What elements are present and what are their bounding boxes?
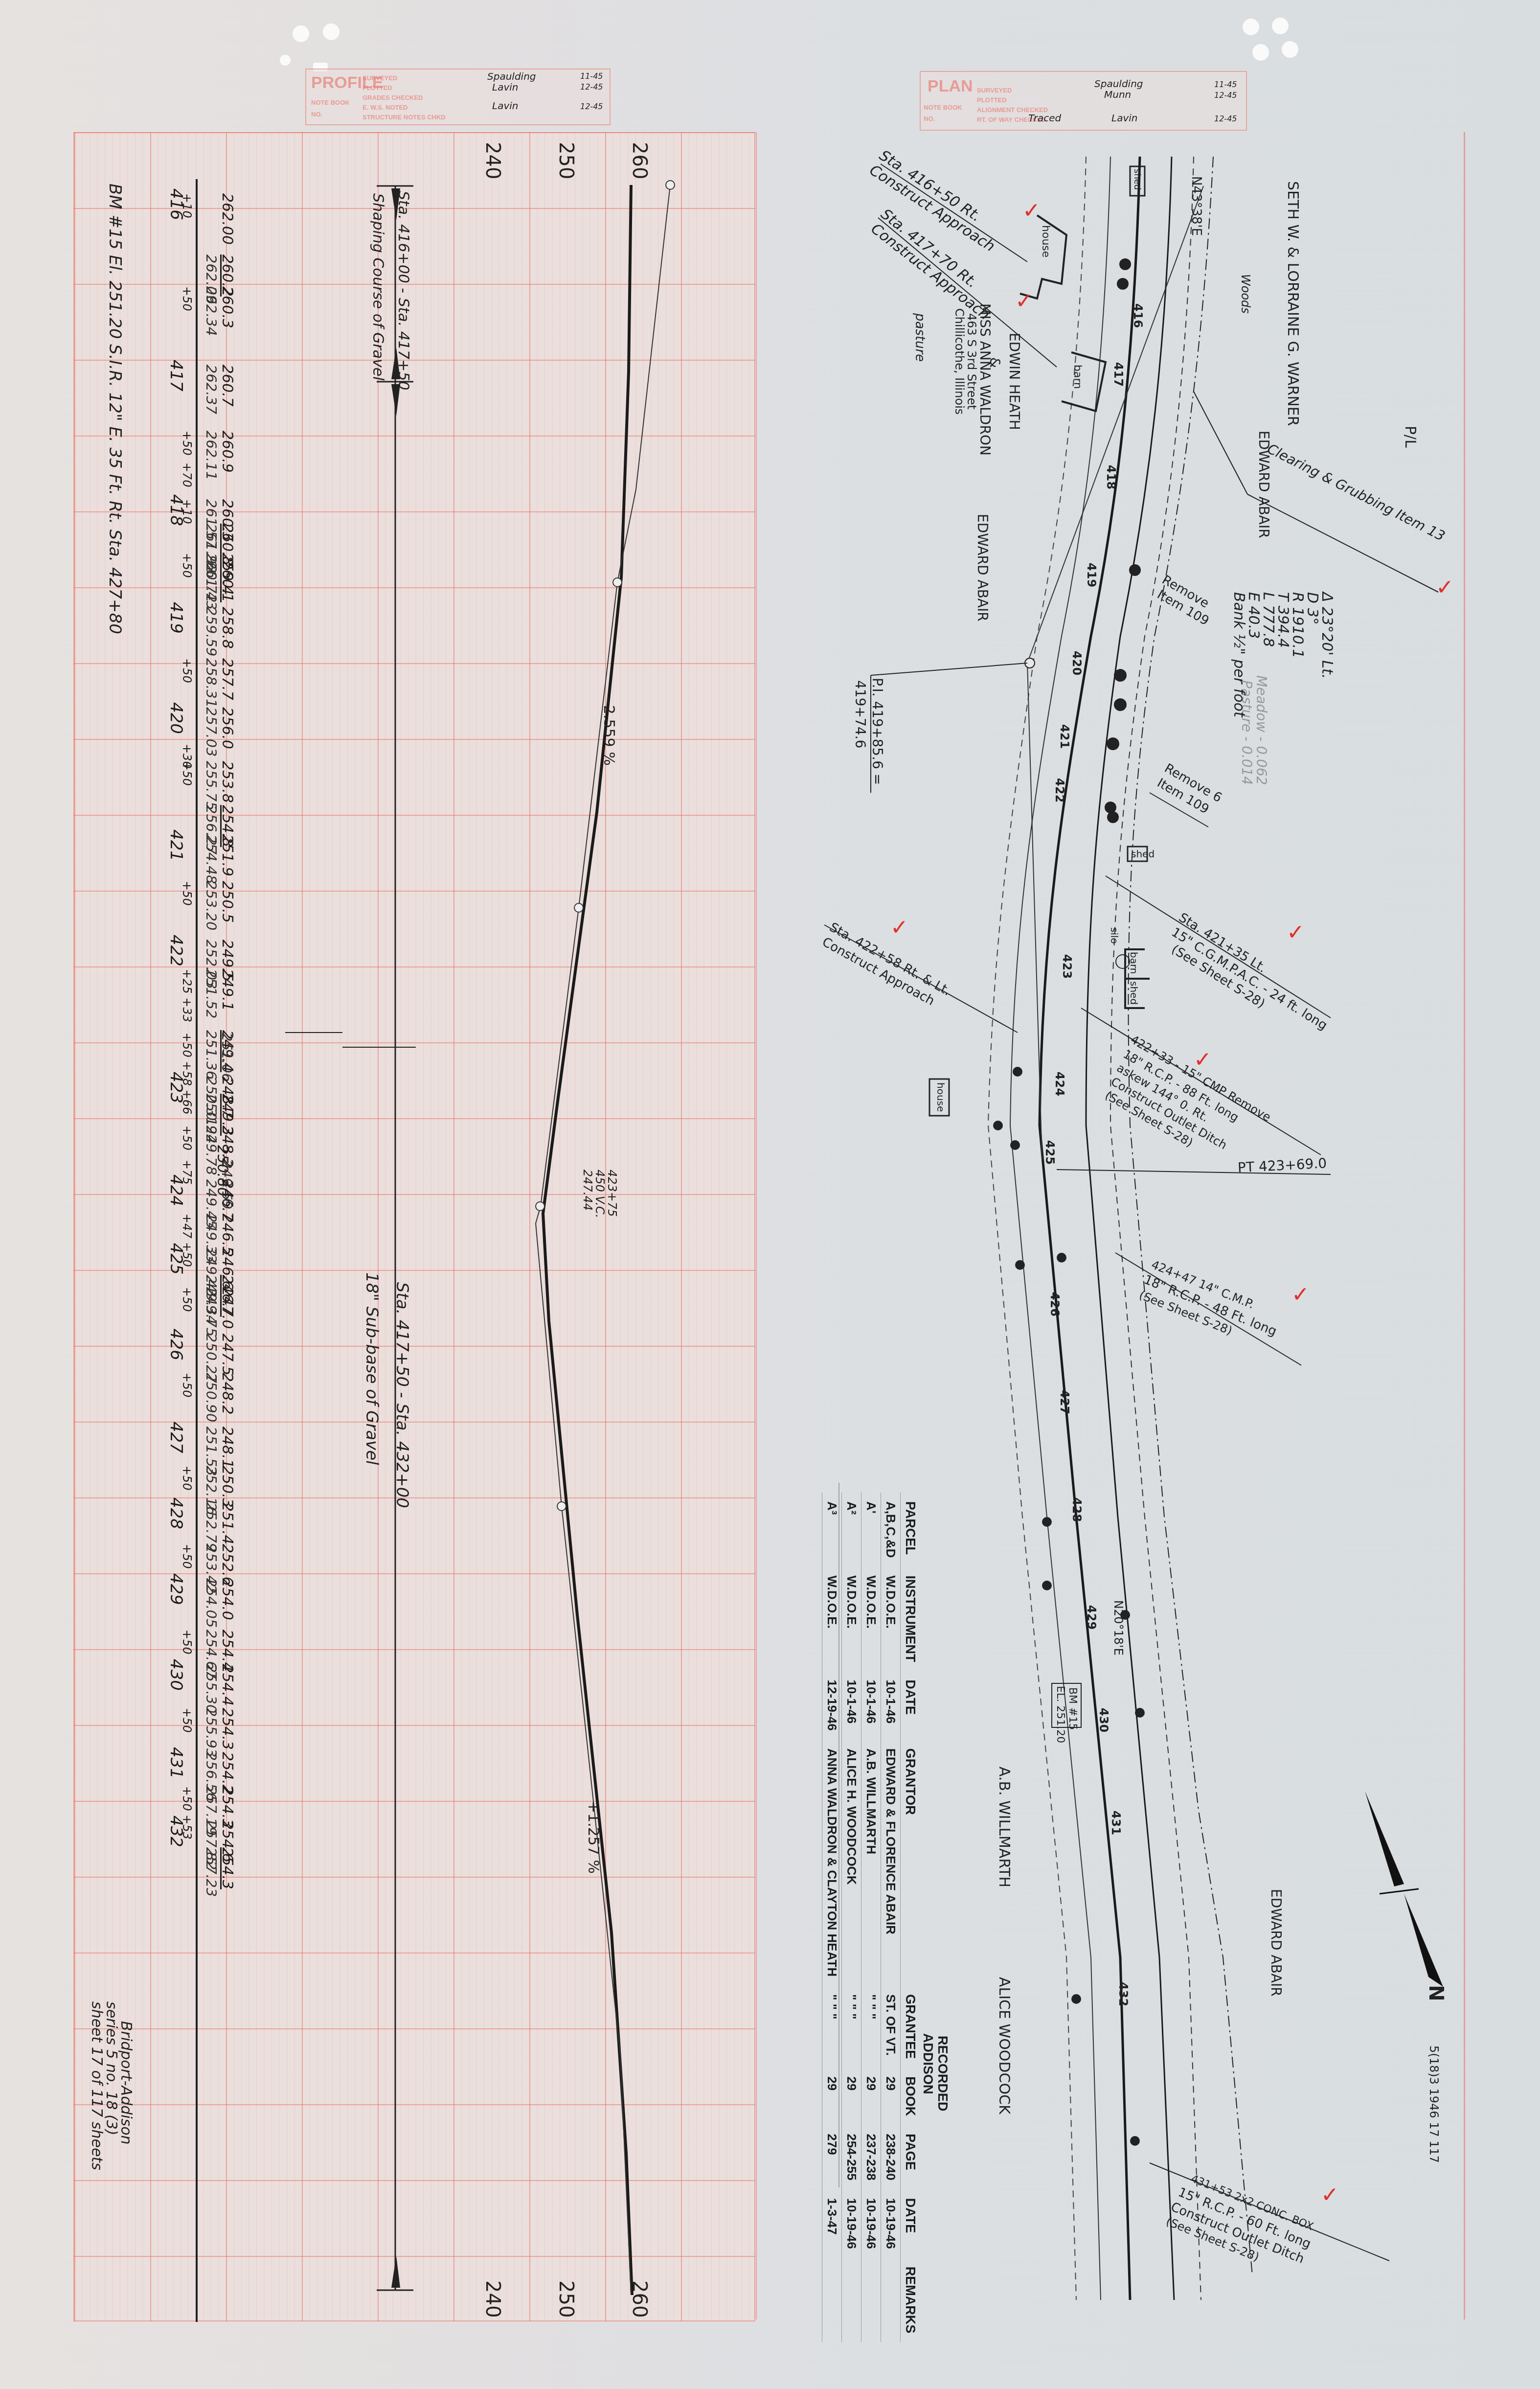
plan-station-label: 417 bbox=[1111, 362, 1125, 387]
sheet-stamp: 5(18)3 1946 17 117 bbox=[1427, 2045, 1441, 2163]
parcel-cell-parcel: A² bbox=[842, 1493, 861, 1567]
parcel-cell-parcel: A³ bbox=[822, 1493, 842, 1567]
red-check-mark: ✓ bbox=[1287, 920, 1305, 945]
curve-l: L 777.8 bbox=[1260, 592, 1277, 647]
parcel-cell-date: 10-1-46 bbox=[881, 1671, 901, 1740]
north-label: N bbox=[1425, 1985, 1447, 2001]
plan-station-label: 421 bbox=[1058, 724, 1071, 749]
parcel-row: A'W.D.O.E.10-1-46A.B. WILLMARTH" " "2923… bbox=[861, 1493, 881, 2342]
plan-station-label: 426 bbox=[1048, 1292, 1062, 1316]
parcel-table-header: PARCEL INSTRUMENT DATE GRANTOR GRANTEE B… bbox=[901, 1493, 920, 2342]
red-check-mark: ✓ bbox=[1194, 1047, 1212, 1072]
parcel-cell-remarks bbox=[881, 2258, 901, 2343]
owner-waldron-addr2: Chillicothe, Illinois bbox=[952, 308, 966, 414]
structure-label-house: house bbox=[935, 1082, 947, 1112]
owner-abair-bottom: EDWARD ABAIR bbox=[1268, 1889, 1284, 1997]
plan-station-label: 420 bbox=[1070, 651, 1084, 675]
structure-label-barn: barn bbox=[1128, 952, 1140, 974]
col-rec-date: DATE bbox=[901, 2189, 920, 2258]
owner-woodcock: ALICE WOODCOCK bbox=[996, 1977, 1013, 2114]
parcel-cell-parcel: A,B,C,&D bbox=[881, 1493, 901, 1567]
plan-station-label: 427 bbox=[1058, 1390, 1071, 1414]
parcel-cell-book: 29 bbox=[861, 2067, 881, 2125]
plan-station-label: 423 bbox=[1060, 954, 1074, 979]
owner-waldron-addr1: 463 S 3rd Street bbox=[965, 313, 978, 410]
parcel-cell-grantee: " " " bbox=[842, 1985, 861, 2067]
parcel-cell-grantor: ALICE H. WOODCOCK bbox=[842, 1740, 861, 1986]
curve-d: D 3° bbox=[1304, 592, 1321, 625]
red-check-mark: ✓ bbox=[1022, 198, 1041, 223]
parcel-row: A²W.D.O.E.10-1-46ALICE H. WOODCOCK" " "2… bbox=[842, 1493, 861, 2342]
col-remarks: REMARKS bbox=[901, 2258, 920, 2343]
parcel-cell-grantor: A.B. WILLMARTH bbox=[861, 1740, 881, 1986]
parcel-cell-book: 29 bbox=[881, 2067, 901, 2125]
col-book: BOOK bbox=[901, 2067, 920, 2125]
red-check-mark: ✓ bbox=[1015, 289, 1033, 314]
parcel-cell-date: 12-19-46 bbox=[822, 1671, 842, 1740]
red-check-mark: ✓ bbox=[1291, 1282, 1310, 1307]
parcel-cell-grantor: ANNA WALDRON & CLAYTON HEATH bbox=[822, 1740, 842, 1986]
parcel-row: A³W.D.O.E.12-19-46ANNA WALDRON & CLAYTON… bbox=[822, 1493, 842, 2342]
col-grantee: GRANTEE bbox=[901, 1985, 920, 2067]
parcel-table: RECORDED ADDISON PARCEL INSTRUMENT DATE … bbox=[822, 1493, 920, 2342]
parcel-cell-instrument: W.D.O.E. bbox=[881, 1567, 901, 1671]
parcel-cell-date: 10-1-46 bbox=[861, 1671, 881, 1740]
plan-station-label: 418 bbox=[1104, 465, 1118, 489]
col-date: DATE bbox=[901, 1671, 920, 1740]
parcel-cell-page: 254-255 bbox=[842, 2125, 861, 2189]
bm-box-line2: EL. 251.20 bbox=[1054, 1686, 1066, 1743]
structure-label-barn: barn bbox=[1071, 365, 1084, 389]
plan-station-label: 429 bbox=[1085, 1605, 1098, 1630]
pi-note-line2: 419+74.6 bbox=[852, 680, 868, 748]
plan-station-label: 432 bbox=[1116, 1982, 1130, 2006]
parcel-cell-grantee: " " " bbox=[861, 1985, 881, 2067]
land-woods: Woods bbox=[1239, 274, 1252, 314]
town-header: ADDISON bbox=[920, 2033, 935, 2094]
curve-e: E 40.3 bbox=[1245, 592, 1262, 639]
parcel-cell-parcel: A' bbox=[861, 1493, 881, 1567]
owner-heath: EDWIN HEATH bbox=[1006, 333, 1022, 430]
plan-station-label: 428 bbox=[1070, 1497, 1084, 1522]
drawing-sheet: PROFILE SURVEYED PLOTTED GRADES CHECKED … bbox=[0, 0, 1540, 2389]
owner-abair-mid: EDWARD ABAIR bbox=[974, 514, 991, 621]
parcel-cell-instrument: W.D.O.E. bbox=[822, 1567, 842, 1671]
structure-label-shed: shed bbox=[1128, 981, 1140, 1005]
curve-t: T 394.4 bbox=[1274, 592, 1291, 648]
col-instrument: INSTRUMENT bbox=[901, 1567, 920, 1671]
parcel-cell-book: 29 bbox=[822, 2067, 842, 2125]
red-check-mark: ✓ bbox=[1321, 2182, 1339, 2207]
structure-label-silo: silo bbox=[1109, 927, 1120, 944]
red-check-mark: ✓ bbox=[890, 915, 908, 940]
parcel-cell-book: 29 bbox=[842, 2067, 861, 2125]
plan-station-label: 422 bbox=[1053, 778, 1066, 803]
parcel-cell-rec-date: 1-3-47 bbox=[822, 2189, 842, 2258]
plan-station-label: 424 bbox=[1053, 1072, 1066, 1096]
parcel-table-grid: PARCEL INSTRUMENT DATE GRANTOR GRANTEE B… bbox=[822, 1493, 920, 2342]
property-line-label: P/L bbox=[1402, 426, 1419, 448]
parcel-cell-grantee: " " " bbox=[822, 1985, 842, 2067]
curve-r: R 1910.1 bbox=[1289, 592, 1306, 658]
parcel-cell-grantor: EDWARD & FLORENCE ABAIR bbox=[881, 1740, 901, 1986]
red-check-mark: ✓ bbox=[1436, 575, 1454, 600]
parcel-cell-page: 237-238 bbox=[861, 2125, 881, 2189]
plan-station-label: 425 bbox=[1043, 1140, 1057, 1165]
parcel-cell-instrument: W.D.O.E. bbox=[842, 1567, 861, 1671]
col-parcel: PARCEL bbox=[901, 1493, 920, 1567]
plan-station-label: 431 bbox=[1109, 1811, 1123, 1835]
plan-linework bbox=[0, 0, 1540, 2389]
parcel-cell-rec-date: 10-19-46 bbox=[861, 2189, 881, 2258]
owner-willmarth: A.B. WILLMARTH bbox=[996, 1767, 1013, 1887]
curve-bank: Bank ½" per foot bbox=[1230, 592, 1247, 717]
owner-waldron: MISS ANNA WALDRON bbox=[977, 303, 993, 456]
structure-label-shed: shed bbox=[1131, 848, 1155, 860]
bearing-2: N20°18'E bbox=[1111, 1600, 1125, 1655]
parcel-cell-instrument: W.D.O.E. bbox=[861, 1567, 881, 1671]
parcel-cell-grantee: ST. OF VT. bbox=[881, 1985, 901, 2067]
land-meadow: Meadow - 0.062 bbox=[1253, 675, 1269, 785]
parcel-cell-remarks bbox=[822, 2258, 842, 2343]
parcel-cell-page: 238-240 bbox=[881, 2125, 901, 2189]
structure-label-shed: shed bbox=[1132, 169, 1142, 190]
plan-station-label: 430 bbox=[1097, 1708, 1110, 1732]
pi-note-line1: P.I. 419+85.6 = bbox=[869, 678, 885, 785]
owner-warner: SETH W. & LORRAINE G. WARNER bbox=[1284, 181, 1301, 426]
parcel-cell-rec-date: 10-19-46 bbox=[842, 2189, 861, 2258]
curve-delta: Δ 23°20' Lt. bbox=[1318, 592, 1336, 679]
structure-label-house: house bbox=[1040, 225, 1052, 257]
plan-station-label: 419 bbox=[1085, 563, 1098, 587]
col-page: PAGE bbox=[901, 2125, 920, 2189]
parcel-cell-rec-date: 10-19-46 bbox=[881, 2189, 901, 2258]
bearing-1: N43°38'E bbox=[1189, 176, 1203, 236]
col-grantor: GRANTOR bbox=[901, 1740, 920, 1986]
parcel-cell-remarks bbox=[842, 2258, 861, 2343]
plan-station-label: 416 bbox=[1131, 303, 1145, 328]
parcel-cell-date: 10-1-46 bbox=[842, 1671, 861, 1740]
parcel-cell-remarks bbox=[861, 2258, 881, 2343]
parcel-cell-page: 279 bbox=[822, 2125, 842, 2189]
recorded-header: RECORDED bbox=[935, 2036, 950, 2112]
bm-box-line1: BM #15 bbox=[1066, 1687, 1079, 1730]
parcel-row: A,B,C,&DW.D.O.E.10-1-46EDWARD & FLORENCE… bbox=[881, 1493, 901, 2342]
land-pasture: pasture bbox=[912, 313, 927, 362]
